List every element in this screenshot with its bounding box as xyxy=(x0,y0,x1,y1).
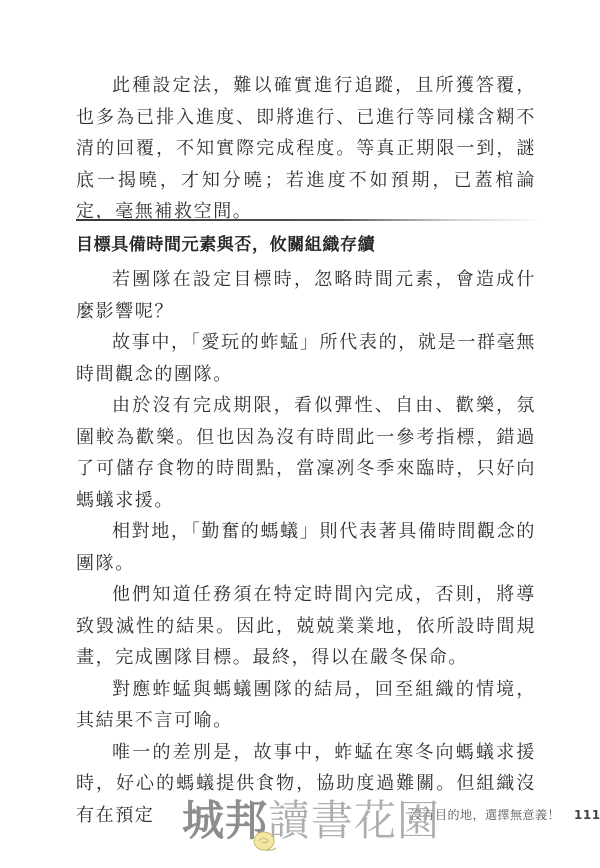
section-body: 若團隊在設定目標時，忽略時間元素，會造成什麼影響呢？ 故事中，「愛玩的蚱蜢」所代… xyxy=(76,264,536,831)
watermark-light-text: 讀書花園 xyxy=(268,796,440,845)
paragraph: 由於沒有完成期限，看似彈性、自由、歡樂，氛圍較為歡樂。但也因為沒有時間此一參考指… xyxy=(76,390,536,516)
paragraph: 故事中，「愛玩的蚱蜢」所代表的，就是一群毫無時間觀念的團隊。 xyxy=(76,327,536,390)
section-heading: 目標具備時間元素與否，攸關組織存續 xyxy=(76,233,546,257)
section-divider xyxy=(76,219,546,221)
paragraph: 若團隊在設定目標時，忽略時間元素，會造成什麼影響呢？ xyxy=(76,264,536,327)
section-header: 目標具備時間元素與否，攸關組織存續 xyxy=(76,219,546,263)
page-body-top: 此種設定法，難以確實進行追蹤，且所獲答覆，也多為已排入進度、即將進行、已進行等同… xyxy=(76,70,536,228)
snail-icon xyxy=(252,830,278,854)
paragraph: 對應蚱蜢與螞蟻團隊的結局，回至組織的情境，其結果不言可喻。 xyxy=(76,674,536,737)
intro-paragraph: 此種設定法，難以確實進行追蹤，且所獲答覆，也多為已排入進度、即將進行、已進行等同… xyxy=(76,70,536,228)
paragraph: 相對地，「勤奮的螞蟻」則代表著具備時間觀念的團隊。 xyxy=(76,516,536,579)
paragraph: 他們知道任務須在特定時間內完成，否則，將導致毀滅性的結果。因此，兢兢業業地，依所… xyxy=(76,579,536,674)
watermark: 城邦讀書花園 xyxy=(182,796,440,846)
page-number: 111 xyxy=(574,808,600,822)
